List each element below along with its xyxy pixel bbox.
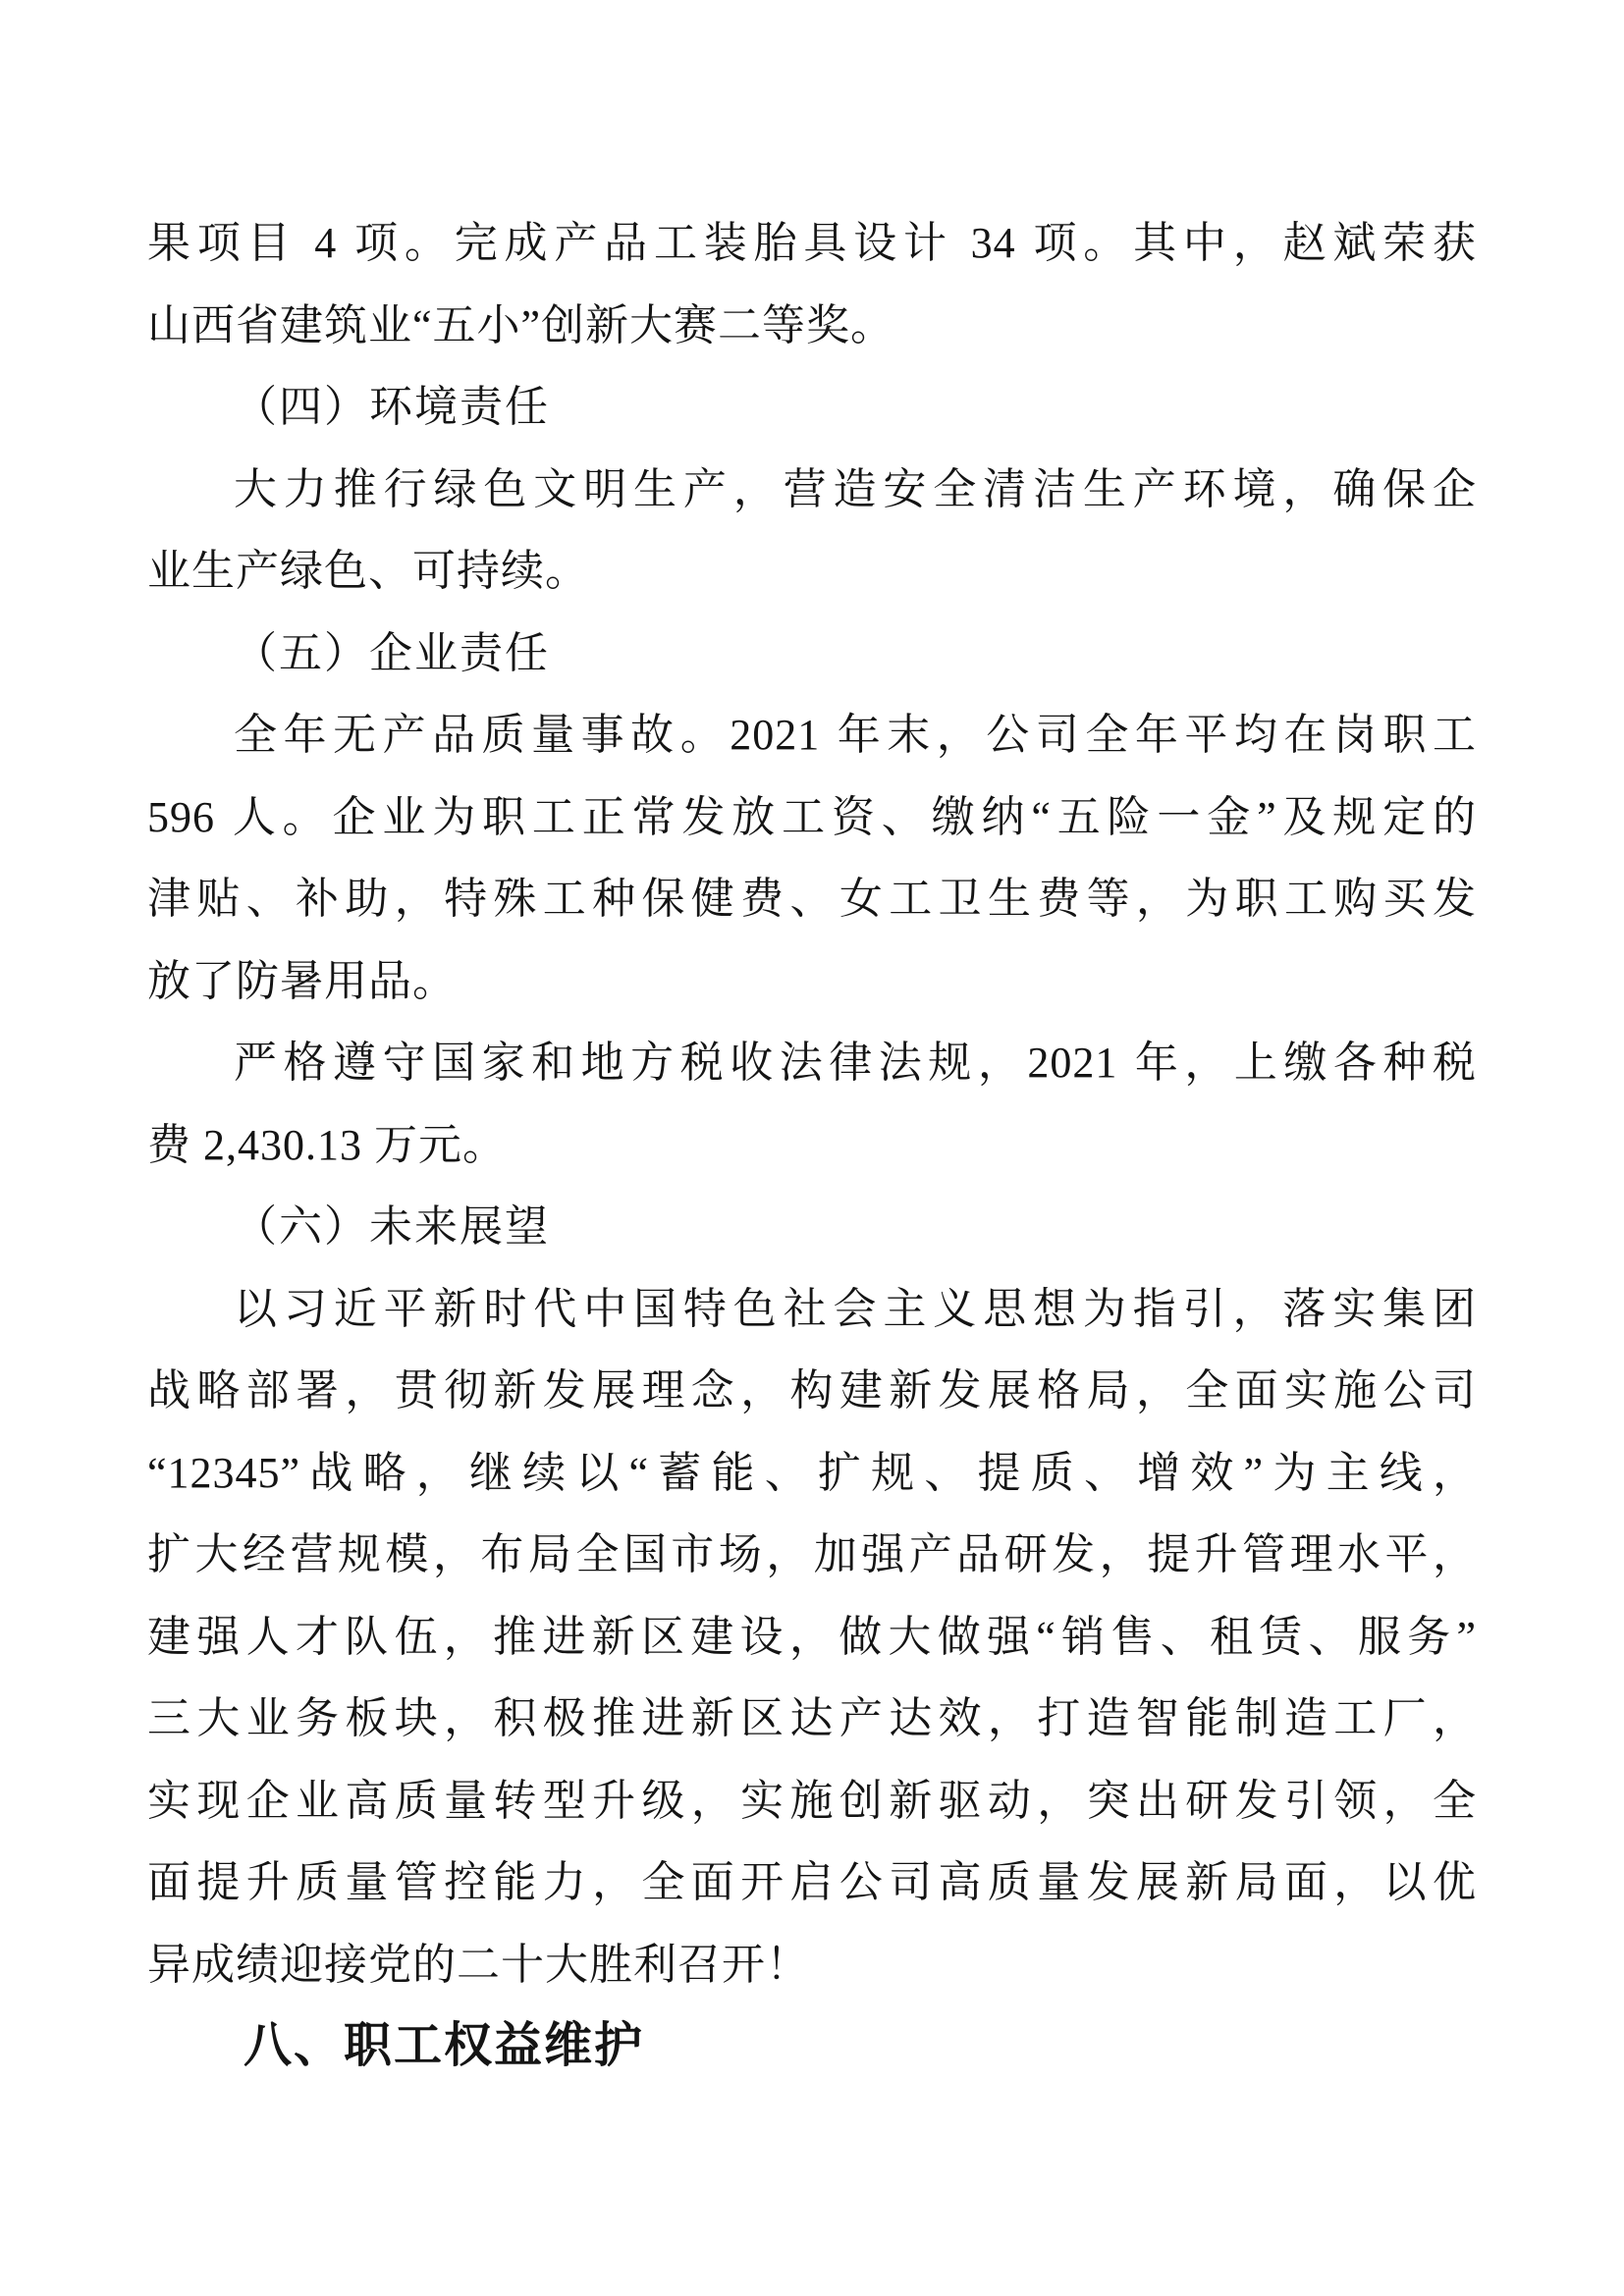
document-line: （四）环境责任	[147, 366, 1477, 449]
document-line: 放了防暑用品。	[147, 940, 1477, 1023]
document-line: 全年无产品质量事故。2021 年末，公司全年平均在岗职工	[147, 694, 1477, 776]
document-line: 费 2,430.13 万元。	[147, 1104, 1477, 1187]
document-line: 业生产绿色、可持续。	[147, 530, 1477, 613]
document-line: 果项目 4 项。完成产品工装胎具设计 34 项。其中，赵斌荣获	[147, 202, 1477, 285]
document-line: 山西省建筑业“五小”创新大赛二等奖。	[147, 285, 1477, 367]
document-line: 以习近平新时代中国特色社会主义思想为指引，落实集团	[147, 1268, 1477, 1351]
document-line: 596 人。企业为职工正常发放工资、缴纳“五险一金”及规定的	[147, 776, 1477, 859]
document-page: 果项目 4 项。完成产品工装胎具设计 34 项。其中，赵斌荣获山西省建筑业“五小…	[0, 0, 1624, 2296]
document-line: 战略部署，贯彻新发展理念，构建新发展格局，全面实施公司	[147, 1350, 1477, 1432]
document-line: 大力推行绿色文明生产，营造安全清洁生产环境，确保企	[147, 449, 1477, 531]
document-line: （六）未来展望	[147, 1186, 1477, 1268]
document-line: 严格遵守国家和地方税收法律法规，2021 年，上缴各种税	[147, 1022, 1477, 1104]
document-line: 扩大经营规模，布局全国市场，加强产品研发，提升管理水平，	[147, 1514, 1477, 1596]
document-line: 津贴、补助，特殊工种保健费、女工卫生费等，为职工购买发	[147, 858, 1477, 940]
document-line: 面提升质量管控能力，全面开启公司高质量发展新局面，以优	[147, 1842, 1477, 1924]
document-line: 实现企业高质量转型升级，实施创新驱动，突出研发引领，全	[147, 1760, 1477, 1842]
document-line: 八、职工权益维护	[147, 2005, 1477, 2088]
document-line: 异成绩迎接党的二十大胜利召开！	[147, 1924, 1477, 2006]
document-line: 三大业务板块，积极推进新区达产达效，打造智能制造工厂，	[147, 1678, 1477, 1760]
document-line: “12345”战略，继续以“蓄能、扩规、提质、增效”为主线，	[147, 1432, 1477, 1515]
document-line: （五）企业责任	[147, 613, 1477, 695]
document-line: 建强人才队伍，推进新区建设，做大做强“销售、租赁、服务”	[147, 1596, 1477, 1679]
